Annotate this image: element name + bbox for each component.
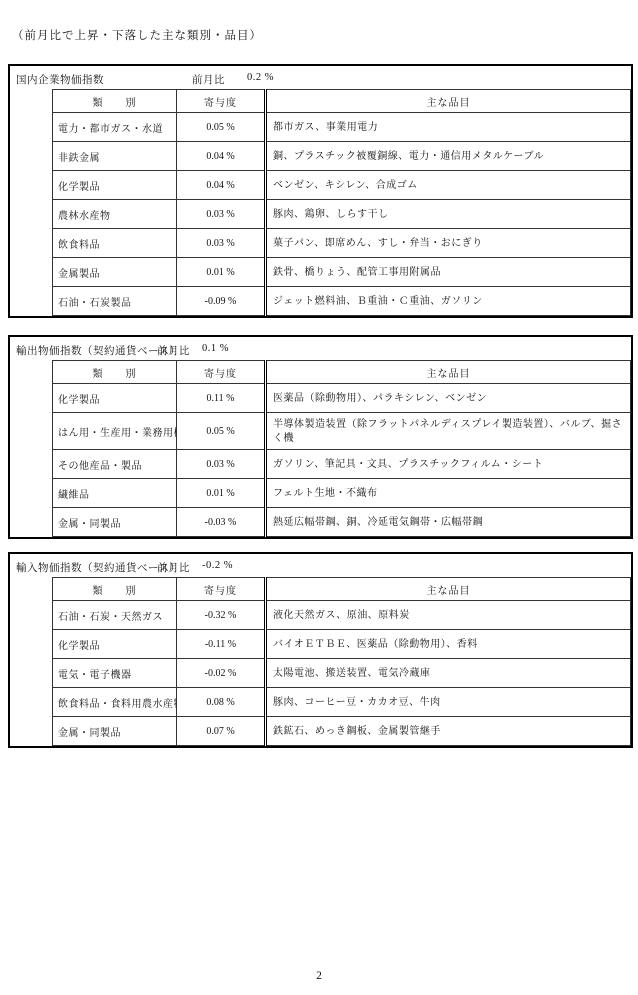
- contribution-cell: 0.03 %: [177, 229, 266, 258]
- domestic-cgpi-block: 国内企業物価指数 前月比 0.2 % 類 別 寄与度 主な品目 電力・都市ガス・…: [8, 64, 633, 318]
- contribution-cell: 0.05 %: [177, 413, 266, 450]
- table-row: 化学製品 0.11 % 医薬品（除動物用）、パラキシレン、ベンゼン: [53, 384, 631, 413]
- contribution-cell: -0.32 %: [177, 601, 266, 630]
- column-header-contribution: 寄与度: [177, 90, 266, 113]
- contribution-cell: 0.01 %: [177, 258, 266, 287]
- category-cell: 電力・都市ガス・水道: [53, 113, 177, 142]
- table-row: その他産品・製品 0.03 % ガソリン、筆記具・文具、プラスチックフィルム・シ…: [53, 450, 631, 479]
- column-header-items: 主な品目: [266, 90, 631, 113]
- table-row: 化学製品 0.04 % ベンゼン、キシレン、合成ゴム: [53, 171, 631, 200]
- items-cell: 豚肉、コーヒー豆・カカオ豆、牛肉: [266, 688, 631, 717]
- page-number: 2: [0, 970, 638, 982]
- category-cell: 石油・石炭製品: [53, 287, 177, 316]
- items-cell: 豚肉、鶏卵、しらす干し: [266, 200, 631, 229]
- import-price-index-title-row: 輸入物価指数（契約通貨ベース） 前月比 -0.2 %: [10, 554, 631, 577]
- column-header-category: 類 別: [53, 578, 177, 601]
- contribution-cell: 0.05 %: [177, 113, 266, 142]
- export-price-index-block: 輸出物価指数（契約通貨ベース） 前月比 0.1 % 類 別 寄与度 主な品目 化…: [8, 335, 633, 539]
- table-row: 農林水産物 0.03 % 豚肉、鶏卵、しらす干し: [53, 200, 631, 229]
- category-cell: 化学製品: [53, 630, 177, 659]
- import-price-index-table: 類 別 寄与度 主な品目 石油・石炭・天然ガス -0.32 % 液化天然ガス、原…: [52, 577, 631, 746]
- table-row: 石油・石炭製品 -0.09 % ジェット燃料油、Ｂ重油・Ｃ重油、ガソリン: [53, 287, 631, 316]
- mom-change-value: 0.1 %: [202, 343, 229, 354]
- export-price-index-table: 類 別 寄与度 主な品目 化学製品 0.11 % 医薬品（除動物用）、パラキシレ…: [52, 360, 631, 537]
- contribution-cell: 0.07 %: [177, 717, 266, 746]
- table-row: 飲食料品 0.03 % 菓子パン、即席めん、すし・弁当・おにぎり: [53, 229, 631, 258]
- category-cell: 金属・同製品: [53, 717, 177, 746]
- contribution-cell: -0.11 %: [177, 630, 266, 659]
- items-cell: 医薬品（除動物用）、パラキシレン、ベンゼン: [266, 384, 631, 413]
- contribution-cell: -0.03 %: [177, 508, 266, 537]
- contribution-cell: 0.01 %: [177, 479, 266, 508]
- table-row: 飲食料品・食料用農水産物 0.08 % 豚肉、コーヒー豆・カカオ豆、牛肉: [53, 688, 631, 717]
- column-header-category: 類 別: [53, 361, 177, 384]
- table-row: 電気・電子機器 -0.02 % 太陽電池、搬送装置、電気冷蔵庫: [53, 659, 631, 688]
- mom-change-label: 前月比: [157, 343, 190, 358]
- table-row: 非鉄金属 0.04 % 銅、プラスチック被覆銅線、電力・通信用メタルケーブル: [53, 142, 631, 171]
- category-cell: 金属・同製品: [53, 508, 177, 537]
- category-cell: 飲食料品: [53, 229, 177, 258]
- items-cell: フェルト生地・不織布: [266, 479, 631, 508]
- category-cell: 農林水産物: [53, 200, 177, 229]
- contribution-cell: 0.04 %: [177, 171, 266, 200]
- items-cell: 液化天然ガス、原油、原料炭: [266, 601, 631, 630]
- table-row: 金属・同製品 -0.03 % 熱延広幅帯鋼、銅、冷延電気鋼帯・広幅帯鋼: [53, 508, 631, 537]
- table-row: 化学製品 -0.11 % バイオＥＴＢＥ、医薬品（除動物用）、香料: [53, 630, 631, 659]
- category-cell: 繊維品: [53, 479, 177, 508]
- items-cell: バイオＥＴＢＥ、医薬品（除動物用）、香料: [266, 630, 631, 659]
- mom-change-value: 0.2 %: [247, 72, 274, 83]
- table-row: 金属製品 0.01 % 鉄骨、橋りょう、配管工事用附属品: [53, 258, 631, 287]
- contribution-cell: 0.11 %: [177, 384, 266, 413]
- category-cell: その他産品・製品: [53, 450, 177, 479]
- table-header-row: 類 別 寄与度 主な品目: [53, 90, 631, 113]
- items-cell: ベンゼン、キシレン、合成ゴム: [266, 171, 631, 200]
- contribution-cell: 0.03 %: [177, 450, 266, 479]
- column-header-items: 主な品目: [266, 578, 631, 601]
- mom-change-label: 前月比: [157, 560, 190, 575]
- column-header-contribution: 寄与度: [177, 578, 266, 601]
- index-name: 輸入物価指数（契約通貨ベース）: [16, 563, 180, 574]
- contribution-cell: -0.02 %: [177, 659, 266, 688]
- items-cell: 菓子パン、即席めん、すし・弁当・おにぎり: [266, 229, 631, 258]
- contribution-cell: 0.04 %: [177, 142, 266, 171]
- contribution-cell: 0.03 %: [177, 200, 266, 229]
- items-cell: 鉄鉱石、めっき鋼板、金属製管継手: [266, 717, 631, 746]
- category-cell: はん用・生産用・業務用機器: [53, 413, 177, 450]
- category-cell: 化学製品: [53, 384, 177, 413]
- domestic-cgpi-table: 類 別 寄与度 主な品目 電力・都市ガス・水道 0.05 % 都市ガス、事業用電…: [52, 89, 631, 316]
- items-cell: ジェット燃料油、Ｂ重油・Ｃ重油、ガソリン: [266, 287, 631, 316]
- domestic-cgpi-title-row: 国内企業物価指数 前月比 0.2 %: [10, 66, 631, 89]
- category-cell: 石油・石炭・天然ガス: [53, 601, 177, 630]
- items-cell: 半導体製造装置（除フラットパネルディスプレイ製造装置）、バルブ、掘さく機: [266, 413, 631, 450]
- index-name: 国内企業物価指数: [16, 75, 104, 86]
- category-cell: 電気・電子機器: [53, 659, 177, 688]
- category-cell: 非鉄金属: [53, 142, 177, 171]
- table-header-row: 類 別 寄与度 主な品目: [53, 361, 631, 384]
- items-cell: 熱延広幅帯鋼、銅、冷延電気鋼帯・広幅帯鋼: [266, 508, 631, 537]
- category-cell: 飲食料品・食料用農水産物: [53, 688, 177, 717]
- category-cell: 金属製品: [53, 258, 177, 287]
- index-name: 輸出物価指数（契約通貨ベース）: [16, 346, 180, 357]
- table-row: はん用・生産用・業務用機器 0.05 % 半導体製造装置（除フラットパネルディス…: [53, 413, 631, 450]
- items-cell: 都市ガス、事業用電力: [266, 113, 631, 142]
- table-row: 金属・同製品 0.07 % 鉄鉱石、めっき鋼板、金属製管継手: [53, 717, 631, 746]
- table-header-row: 類 別 寄与度 主な品目: [53, 578, 631, 601]
- mom-change-value: -0.2 %: [202, 560, 233, 571]
- document-page: （前月比で上昇・下落した主な類別・品目） 国内企業物価指数 前月比 0.2 % …: [0, 0, 638, 995]
- mom-change-label: 前月比: [192, 72, 225, 87]
- export-price-index-title-row: 輸出物価指数（契約通貨ベース） 前月比 0.1 %: [10, 337, 631, 360]
- contribution-cell: 0.08 %: [177, 688, 266, 717]
- column-header-items: 主な品目: [266, 361, 631, 384]
- column-header-category: 類 別: [53, 90, 177, 113]
- import-price-index-block: 輸入物価指数（契約通貨ベース） 前月比 -0.2 % 類 別 寄与度 主な品目 …: [8, 552, 633, 748]
- items-cell: ガソリン、筆記具・文具、プラスチックフィルム・シート: [266, 450, 631, 479]
- items-cell: 太陽電池、搬送装置、電気冷蔵庫: [266, 659, 631, 688]
- column-header-contribution: 寄与度: [177, 361, 266, 384]
- page-heading: （前月比で上昇・下落した主な類別・品目）: [0, 0, 638, 43]
- items-cell: 鉄骨、橋りょう、配管工事用附属品: [266, 258, 631, 287]
- table-row: 繊維品 0.01 % フェルト生地・不織布: [53, 479, 631, 508]
- category-cell: 化学製品: [53, 171, 177, 200]
- items-cell: 銅、プラスチック被覆銅線、電力・通信用メタルケーブル: [266, 142, 631, 171]
- contribution-cell: -0.09 %: [177, 287, 266, 316]
- table-row: 電力・都市ガス・水道 0.05 % 都市ガス、事業用電力: [53, 113, 631, 142]
- table-row: 石油・石炭・天然ガス -0.32 % 液化天然ガス、原油、原料炭: [53, 601, 631, 630]
